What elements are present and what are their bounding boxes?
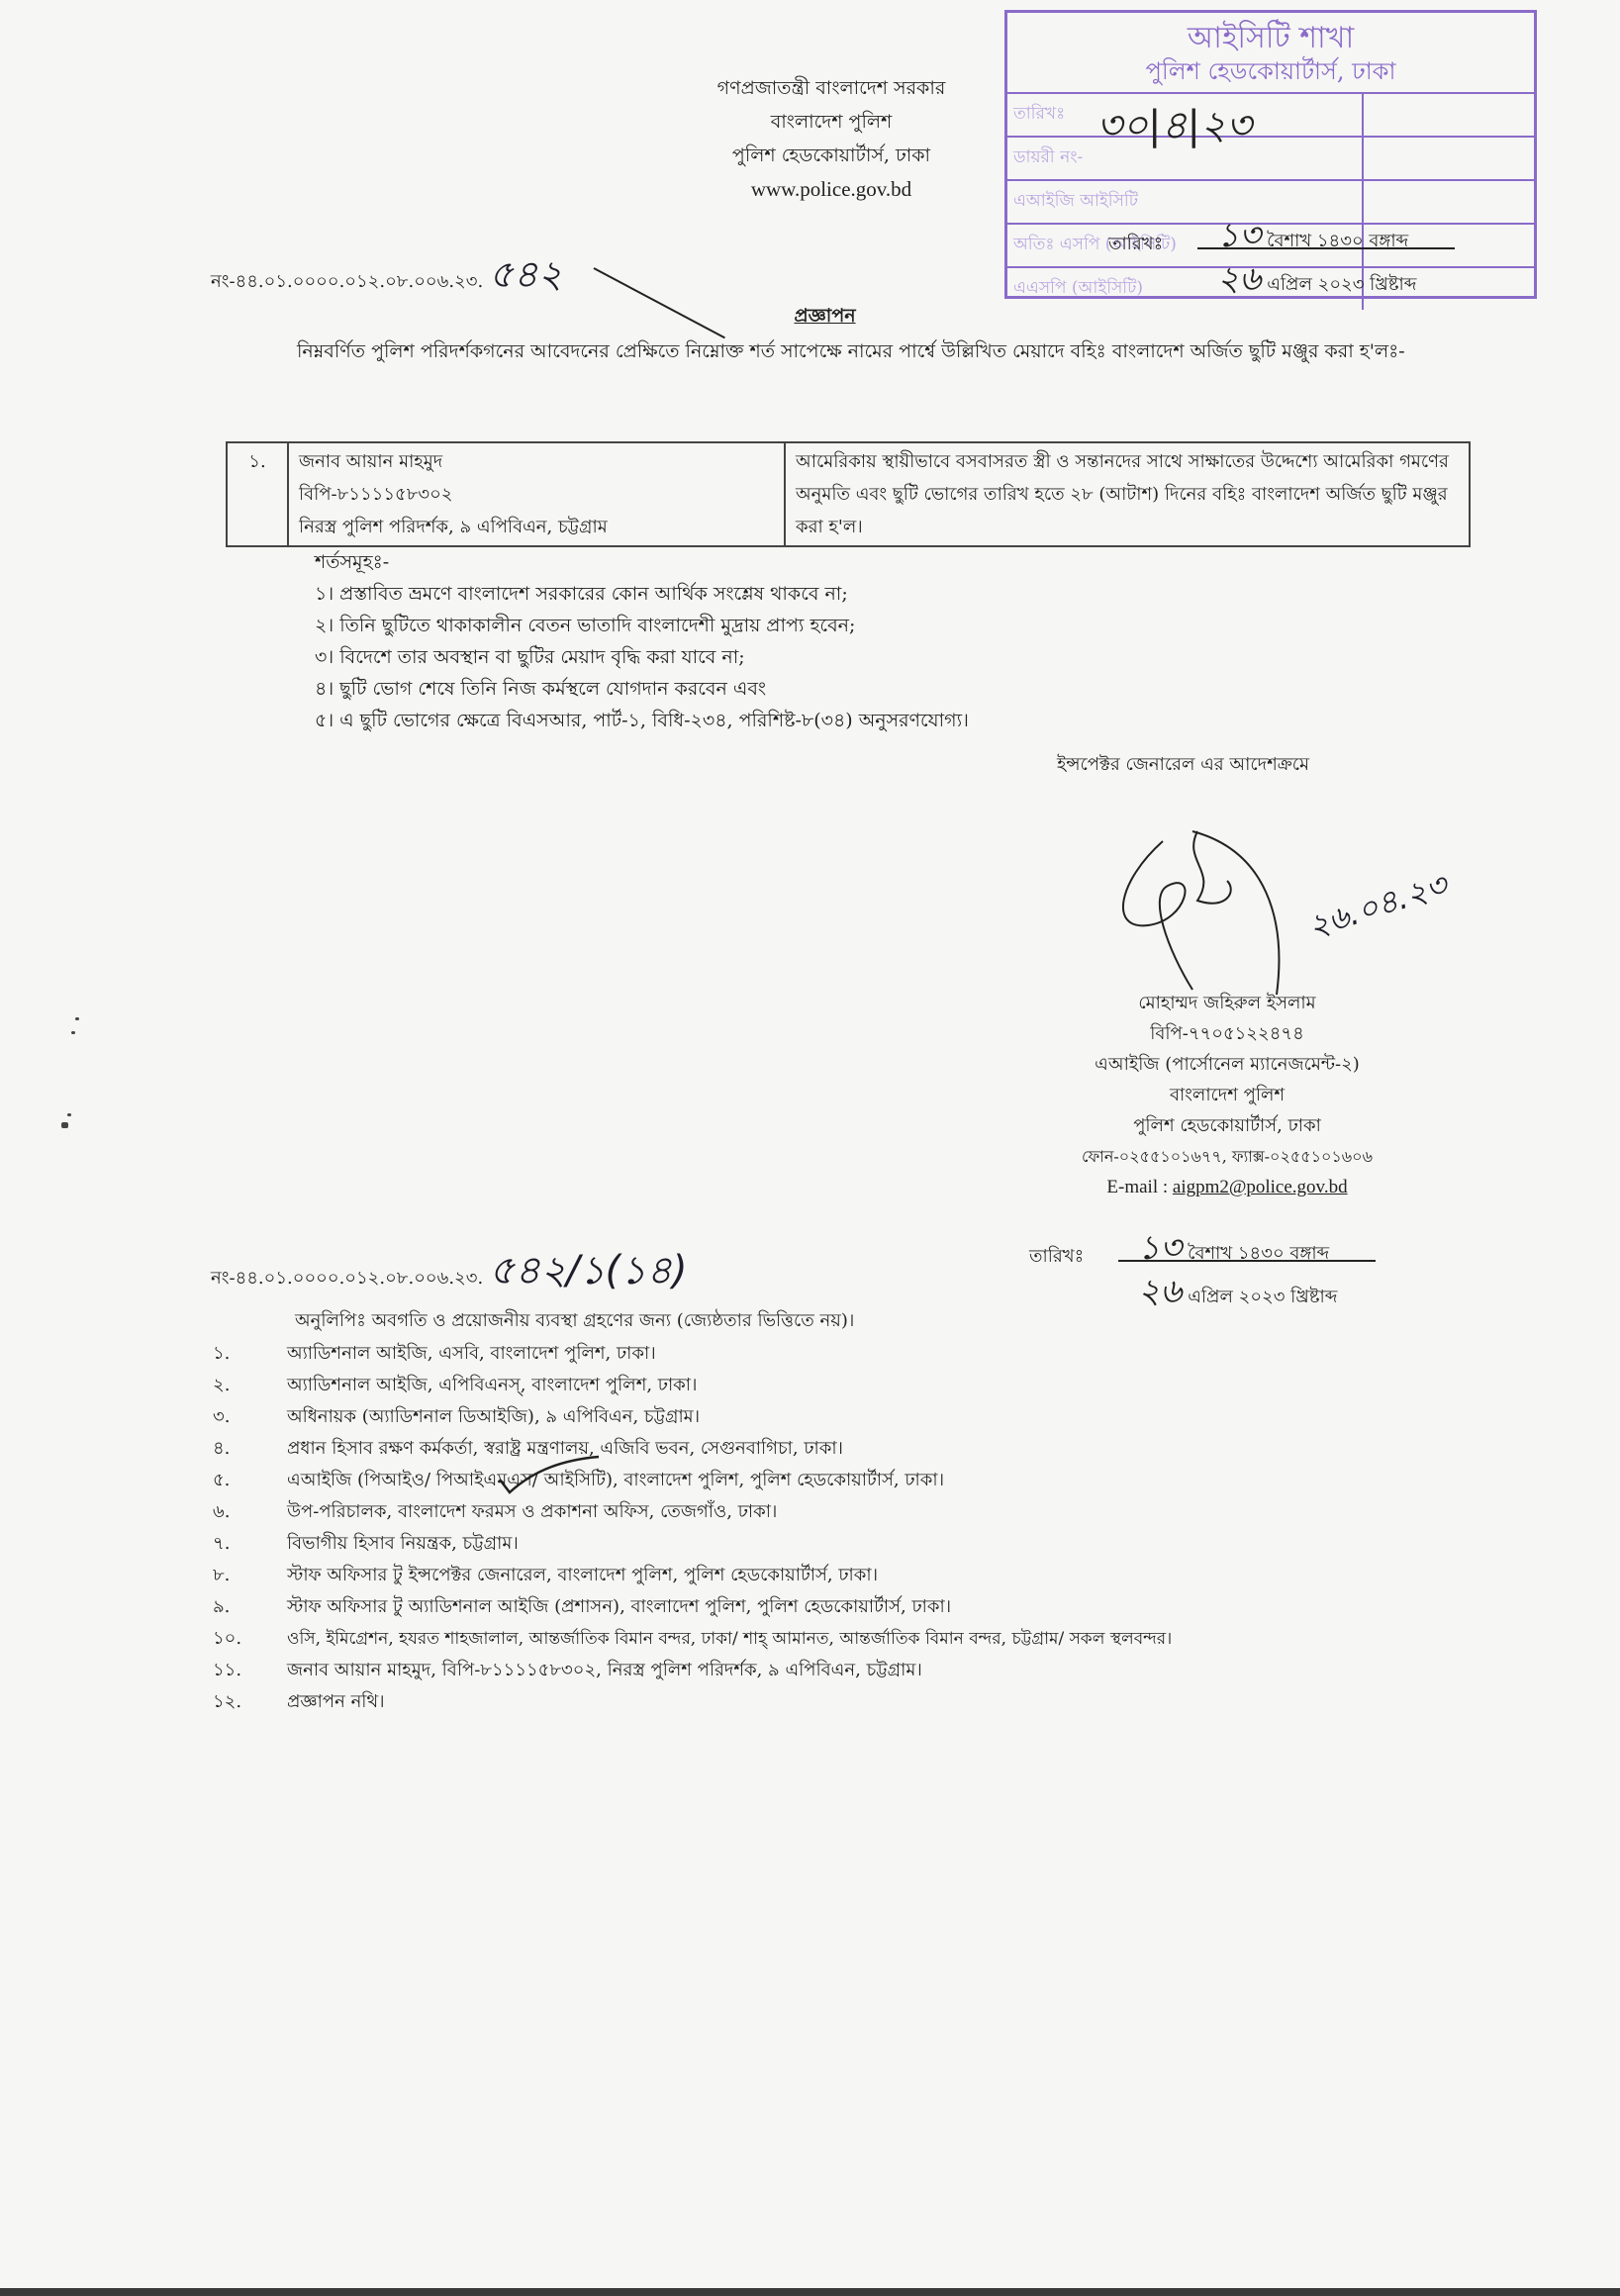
website-link[interactable]: www.police.gov.bd xyxy=(633,172,1029,206)
signatory-office: পুলিশ হেডকোয়ার্টার্স, ঢাকা xyxy=(1009,1110,1445,1141)
gregorian-date: ২৬এপ্রিল ২০২৩ খ্রিষ্টাব্দ xyxy=(1138,1266,1337,1322)
signature: ২৬.০৪.২৩ xyxy=(1108,831,1445,1004)
email-link[interactable]: aigpm2@police.gov.bd xyxy=(1173,1177,1348,1197)
signatory-bp: বিপি-৭৭০৫১২২৪৭৪ xyxy=(1009,1018,1445,1049)
list-item: ১০.ওসি, ইমিগ্রেশন, হযরত শাহজালাল, আন্তর্… xyxy=(213,1623,1172,1655)
grant-details-cell: আমেরিকায় স্থায়ীভাবে বসবাসরত স্ত্রী ও স… xyxy=(785,442,1470,546)
list-item: ৯.স্টাফ অফিসার টু অ্যাডিশনাল আইজি (প্রশা… xyxy=(213,1591,1172,1623)
date-label: তারিখঃ xyxy=(1108,230,1163,260)
signatory-designation: এআইজি (পার্সোনেল ম্যানেজমেন্ট-২) xyxy=(1009,1049,1445,1080)
conditions-title: শর্তসমূহঃ- xyxy=(315,546,969,578)
memo-number: নং-৪৪.০১.০০০০.০১২.০৮.০০৬.২৩.৫৪২ xyxy=(211,245,562,309)
list-item: ১.অ্যাডিশনাল আইজি, এসবি, বাংলাদেশ পুলিশ,… xyxy=(213,1338,1172,1370)
copy-to-list: ১.অ্যাডিশনাল আইজি, এসবি, বাংলাদেশ পুলিশ,… xyxy=(213,1338,1172,1718)
list-item: ৫.এআইজি (পিআইও/ পিআইএমএস/ আইসিটি), বাংলা… xyxy=(213,1465,1172,1496)
scan-edge xyxy=(0,2288,1620,2296)
intro-paragraph: নিম্নবর্ণিত পুলিশ পরিদর্শকগনের আবেদনের প… xyxy=(208,335,1475,368)
list-item: ৬.উপ-পরিচালক, বাংলাদেশ ফরমস ও প্রকাশনা অ… xyxy=(213,1496,1172,1528)
letterhead: গণপ্রজাতন্ত্রী বাংলাদেশ সরকার বাংলাদেশ প… xyxy=(633,71,1029,206)
condition-item: ৪। ছুটি ভোগ শেষে তিনি নিজ কর্মস্থলে যোগদ… xyxy=(315,673,969,705)
officer-cell: জনাব আয়ান মাহমুদ বিপি-৮১১১১৫৮৩০২ নিরস্ত… xyxy=(288,442,785,546)
govt-name: গণপ্রজাতন্ত্রী বাংলাদেশ সরকার xyxy=(633,71,1029,105)
list-item: ১১.জনাব আয়ান মাহমুদ, বিপি-৮১১১১৫৮৩০২, ন… xyxy=(213,1655,1172,1686)
table-row: ১. জনাব আয়ান মাহমুদ বিপি-৮১১১১৫৮৩০২ নির… xyxy=(227,442,1470,546)
issue-date: তারিখঃ ১৩বৈশাখ ১৪৩০ বঙ্গাব্দ ২৬এপ্রিল ২০… xyxy=(1108,210,1504,299)
conditions-section: শর্তসমূহঃ- ১। প্রস্তাবিত ভ্রমণে বাংলাদেশ… xyxy=(315,546,969,736)
stamp-title: আইসিটি শাখা xyxy=(1007,21,1534,56)
copy-memo-handwritten-number: ৫৪২/১(১৪) xyxy=(489,1248,687,1293)
signatory-org: বাংলাদেশ পুলিশ xyxy=(1009,1080,1445,1110)
condition-item: ৩। বিদেশে তার অবস্থান বা ছুটির মেয়াদ বৃ… xyxy=(315,641,969,673)
list-item: ১২.প্রজ্ঞাপন নথি। xyxy=(213,1686,1172,1718)
signatory-email: E-mail : aigpm2@police.gov.bd xyxy=(1009,1172,1445,1202)
officer-bp: বিপি-৮১১১১৫৮৩০২ xyxy=(299,478,774,511)
checkmark-icon xyxy=(495,1455,604,1494)
leave-grant-table: ১. জনাব আয়ান মাহমুদ বিপি-৮১১১১৫৮৩০২ নির… xyxy=(226,441,1471,547)
stamp-received-date: ৩০|৪|২৩ xyxy=(1096,94,1252,160)
list-item: ৮.স্টাফ অফিসার টু ইন্সপেক্টর জেনারেল, বা… xyxy=(213,1560,1172,1591)
signatory-phone-fax: ফোন-০২৫৫১০১৬৭৭, ফ্যাক্স-০২৫৫১০১৬০৬ xyxy=(1009,1141,1445,1172)
copy-memo-number: নং-৪৪.০১.০০০০.০১২.০৮.০০৬.২৩.৫৪২/১(১৪) xyxy=(211,1239,688,1305)
condition-item: ২। তিনি ছুটিতে থাকাকালীন বেতন ভাতাদি বাং… xyxy=(315,610,969,641)
officer-name: জনাব আয়ান মাহমুদ xyxy=(299,445,774,478)
by-order-line: ইন্সপেক্টর জেনারেল এর আদেশক্রমে xyxy=(1057,750,1309,781)
office-name: পুলিশ হেডকোয়ার্টার্স, ঢাকা xyxy=(633,139,1029,172)
list-item: ৩.অধিনায়ক (অ্যাডিশনাল ডিআইজি), ৯ এপিবিএ… xyxy=(213,1401,1172,1433)
condition-item: ৫। এ ছুটি ভোগের ক্ষেত্রে বিএসআর, পার্ট-১… xyxy=(315,705,969,736)
list-item: ৪.প্রধান হিসাব রক্ষণ কর্মকর্তা, স্বরাষ্ট… xyxy=(213,1433,1172,1465)
date-label: তারিখঃ xyxy=(1029,1242,1084,1273)
list-item: ৭.বিভাগীয় হিসাব নিয়ন্ত্রক, চট্টগ্রাম। xyxy=(213,1528,1172,1560)
signatory-block: মোহাম্মদ জহিরুল ইসলাম বিপি-৭৭০৫১২২৪৭৪ এআ… xyxy=(1009,988,1445,1202)
list-item: ২.অ্যাডিশনাল আইজি, এপিবিএনস্, বাংলাদেশ প… xyxy=(213,1370,1172,1401)
serial-cell: ১. xyxy=(227,442,288,546)
dept-name: বাংলাদেশ পুলিশ xyxy=(633,105,1029,139)
memo-handwritten-number: ৫৪২ xyxy=(489,252,562,296)
stamp-subtitle: পুলিশ হেডকোয়ার্টার্স, ঢাকা xyxy=(1007,56,1534,86)
document-heading: প্রজ্ঞাপন xyxy=(0,302,1620,334)
copy-to-intro: অনুলিপিঃ অবগতি ও প্রয়োজনীয় ব্যবস্থা গ্… xyxy=(295,1306,854,1337)
officer-designation: নিরস্ত্র পুলিশ পরিদর্শক, ৯ এপিবিএন, চট্ট… xyxy=(299,511,774,543)
copy-date: তারিখঃ ১৩বৈশাখ ১৪৩০ বঙ্গাব্দ ২৬এপ্রিল ২০… xyxy=(1029,1222,1405,1311)
condition-item: ১। প্রস্তাবিত ভ্রমণে বাংলাদেশ সরকারের কো… xyxy=(315,578,969,610)
signatory-name: মোহাম্মদ জহিরুল ইসলাম xyxy=(1009,988,1445,1018)
